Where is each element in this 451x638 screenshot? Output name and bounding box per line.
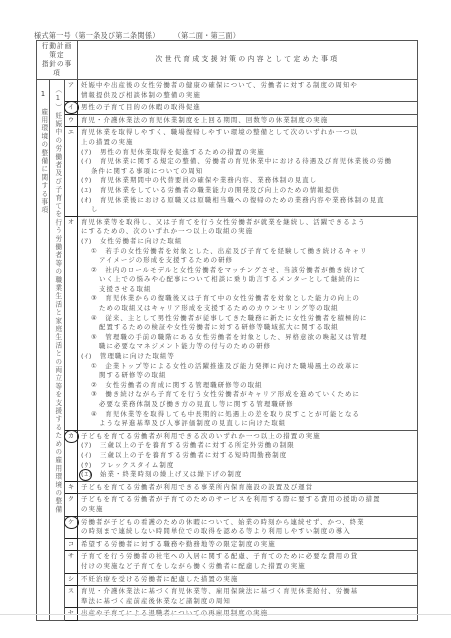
selection-circle-icon xyxy=(64,430,79,443)
item-key-10[interactable]: コ xyxy=(65,538,78,551)
item-key-2[interactable]: イ xyxy=(65,102,78,115)
item-line: し xyxy=(81,205,414,215)
subsection-title: （1）妊娠中の労働者及び子育てを行う労働者等の職業生活と家庭生活との両立等を支援… xyxy=(52,86,62,514)
table-row: エ育児休業を取得しやすく、職場復帰しやすい環境の整備として次のいずれか一つ以上の… xyxy=(37,127,418,216)
item-key-label: オ xyxy=(68,218,74,228)
item-line: 配置するための検証や女性労働者に対する研修等職域拡大に関する取組 xyxy=(81,323,414,333)
table-row: ス育児・介護休業法に基づく育児休業等、雇用保険法に基づく育児休業給付、労働基準法… xyxy=(37,586,418,608)
item-line: 関する研修等の取組 xyxy=(81,371,414,381)
item-content-7: 子どもを育てる労働者が利用できる事業所内保育施設の設置及び運営 xyxy=(78,481,418,494)
item-line: ③ 育児休業からの復職後又は子育て中の女性労働者を対象とした能力の向上の xyxy=(81,294,414,304)
section-number: 1 xyxy=(37,90,49,100)
item-line: ④ 従来、主として男性労働者が従事してきた職務に新たに女性労働者を積極的に xyxy=(81,314,414,324)
item-line: の時刻まで連続しない時間単位での取得を認める等より利用しやすい制度の導入 xyxy=(81,527,414,537)
table-header-row: 行動計画策定 指針の事項 次世代育成支援対策の内容として定めた事項 xyxy=(37,41,418,80)
section-number-cell: 1雇用環境の整備に関する事項 xyxy=(37,80,50,621)
item-key-6[interactable]: カ xyxy=(65,430,78,481)
item-key-label: ア xyxy=(68,81,74,91)
item-line: (ｴ) 育児休業をしている労働者の職業能力の開発及び向上のための情報提供 xyxy=(81,186,414,196)
item-line: 妊娠中や出産後の女性労働者の健康の確保について、労働者に対する制度の周知や xyxy=(81,81,414,91)
item-key-label: ケ xyxy=(68,518,74,528)
item-key-7[interactable]: キ xyxy=(65,481,78,494)
item-content-5: 育児休業等を取得し、又は子育てを行う女性労働者が就業を継続し、活躍できるようにす… xyxy=(78,216,418,430)
item-line: (ｳ) フレックスタイム制度 xyxy=(81,461,414,471)
item-line: ④ 育児休業等を取得しても中長期的に処遇上の差を取り戻すことが可能となる xyxy=(81,410,414,420)
item-key-label: サ xyxy=(68,552,74,562)
item-line: 上の措置の実施 xyxy=(81,138,414,148)
item-line: 子どもを育てる労働者が子育てのためのサービスを利用する際に要する費用の援助の措置 xyxy=(81,495,414,505)
subsection-cell: （1）妊娠中の労働者及び子育てを行う労働者等の職業生活と家庭生活との両立等を支援… xyxy=(50,80,65,621)
item-line: 必要な業務体制及び働き方の見直し等に関する管理職研修 xyxy=(81,400,414,410)
item-key-label: シ xyxy=(68,575,74,585)
item-line: 子どもを育てる労働者が利用できる次のいずれか一つ以上の措置の実施 xyxy=(81,432,414,442)
item-key-label: イ xyxy=(68,103,74,113)
form-title-right: （第二面・第三面） xyxy=(174,31,241,40)
header-guideline-items: 行動計画策定 指針の事項 xyxy=(37,41,78,80)
item-line: の実施 xyxy=(81,505,414,515)
table-row: サ子育てを行う労働者の社宅への入居に関する配慮、子育てのために必要な費用の貸付け… xyxy=(37,551,418,573)
item-line: ② 社内のロールモデルと女性労働者をマッチングさせ、当該労働者が働き続けて xyxy=(81,266,414,276)
table-row: 1雇用環境の整備に関する事項（1）妊娠中の労働者及び子育てを行う労働者等の職業生… xyxy=(37,80,418,102)
item-line: 育児休業等を取得し、又は子育てを行う女性労働者が就業を継続し、活躍できるよう xyxy=(81,218,414,228)
table-row: ク子どもを育てる労働者が子育てのためのサービスを利用する際に要する費用の援助の措… xyxy=(37,494,418,516)
item-line: ① 企業トップ等による女性の活躍推進及び能力発揮に向けた職場風土の改革に xyxy=(81,362,414,372)
selection-circle-icon xyxy=(64,516,79,529)
item-content-1: 妊娠中や出産後の女性労働者の健康の確保について、労働者に対する制度の周知や情報提… xyxy=(78,80,418,102)
item-line: 育児・介護休業法の育児休業制度を上回る期間、回数等の休業制度の実施 xyxy=(81,116,414,126)
item-key-12[interactable]: シ xyxy=(65,573,78,586)
item-line: (ｲ) 管理職に向けた取組等 xyxy=(81,352,414,362)
table-row: キ子どもを育てる労働者が利用できる事業所内保育施設の設置及び運営 xyxy=(37,481,418,494)
item-line: 男性の子育て目的の休暇の取得促進 xyxy=(81,103,414,113)
measures-table: 行動計画策定 指針の事項 次世代育成支援対策の内容として定めた事項 1雇用環境の… xyxy=(36,40,418,621)
item-key-label: ク xyxy=(68,495,74,505)
selection-circle-icon xyxy=(79,469,92,481)
form-title-left: 様式第一号（第一条及び第二条関係） xyxy=(34,31,160,40)
item-key-9[interactable]: ケ xyxy=(65,516,78,538)
item-line: (ｱ) 男性の育児休業取得を促進するための措置の実施 xyxy=(81,148,414,158)
item-content-10: 希望する労働者に対する職務や勤務地等の限定制度の実施 xyxy=(78,538,418,551)
item-key-1[interactable]: ア xyxy=(65,80,78,102)
item-content-4: 育児休業を取得しやすく、職場復帰しやすい環境の整備として次のいずれか一つ以上の措… xyxy=(78,127,418,216)
item-line: 育児休業を取得しやすく、職場復帰しやすい環境の整備として次のいずれか一つ以 xyxy=(81,128,414,138)
item-key-label: キ xyxy=(68,483,74,493)
item-key-3[interactable]: ウ xyxy=(65,114,78,127)
item-line: いく上での悩みや心配事について相談に乗り助言するメンターとして継続的に xyxy=(81,275,414,285)
item-line: ① 若手の女性労働者を対象とした、出産及び子育てを経験して働き続けるキャリ xyxy=(81,247,414,257)
page-bottom-rule xyxy=(0,614,451,615)
item-line: 育児・介護休業法に基づく育児休業等、雇用保険法に基づく育児休業給付、労働基 xyxy=(81,587,414,597)
item-line: ② 女性労働者の育成に関する管理職研修等の取組 xyxy=(81,381,414,391)
table-row: オ育児休業等を取得し、又は子育てを行う女性労働者が就業を継続し、活躍できるように… xyxy=(37,216,418,430)
item-line: ための取組又はキャリア形成を支援するためのカウンセリング等の取組 xyxy=(81,304,414,314)
item-line: 希望する労働者に対する職務や勤務地等の限定制度の実施 xyxy=(81,540,414,550)
item-line: 子どもを育てる労働者が利用できる事業所内保育施設の設置及び運営 xyxy=(81,483,414,493)
table-row: コ希望する労働者に対する職務や勤務地等の限定制度の実施 xyxy=(37,538,418,551)
item-line: (ｲ) 三歳以上の子を養育する労働者に対する短時間勤務制度 xyxy=(81,451,414,461)
header-measures: 次世代育成支援対策の内容として定めた事項 xyxy=(78,41,418,80)
item-line: 子育てを行う労働者の社宅への入居に関する配慮、子育てのために必要な費用の貸 xyxy=(81,552,414,562)
header-left-line1: 行動計画策定 xyxy=(39,42,75,60)
item-line: 情報提供及び相談体制の整備の実施 xyxy=(81,91,414,101)
item-key-label: エ xyxy=(68,128,74,138)
item-line: (ｱ) 女性労働者に向けた取組 xyxy=(81,237,414,247)
item-line: アイメージの形成を支援するための研修 xyxy=(81,256,414,266)
selection-circle-icon xyxy=(64,101,79,114)
item-content-8: 子どもを育てる労働者が子育てのためのサービスを利用する際に要する費用の援助の措置… xyxy=(78,494,418,516)
item-key-label: コ xyxy=(68,540,74,550)
item-content-11: 子育てを行う労働者の社宅への入居に関する配慮、子育てのために必要な費用の貸付けの… xyxy=(78,551,418,573)
item-line: (ｲ) 育児休業に関する規定の整備、労働者の育児休業中における待遇及び育児休業後… xyxy=(81,157,414,167)
item-content-3: 育児・介護休業法の育児休業制度を上回る期間、回数等の休業制度の実施 xyxy=(78,114,418,127)
item-line: 不妊治療を受ける労働者に配慮した措置の実施 xyxy=(81,575,414,585)
item-line: 条件に関する事項についての周知 xyxy=(81,167,414,177)
item-line: 労働者が子どもの看護のための休暇について、始業の時刻から連続せず、かつ、終業 xyxy=(81,518,414,528)
table-row: カ子どもを育てる労働者が利用できる次のいずれか一つ以上の措置の実施(ｱ) 三歳以… xyxy=(37,430,418,481)
table-row: ウ育児・介護休業法の育児休業制度を上回る期間、回数等の休業制度の実施 xyxy=(37,114,418,127)
item-content-2: 男性の子育て目的の休暇の取得促進 xyxy=(78,102,418,115)
item-key-8[interactable]: ク xyxy=(65,494,78,516)
item-key-label: ス xyxy=(68,587,74,597)
item-line: 準法に基づく産前産後休業など諸制度の周知 xyxy=(81,597,414,607)
header-left-line2: 指針の事項 xyxy=(39,60,75,78)
item-content-13: 育児・介護休業法に基づく育児休業等、雇用保険法に基づく育児休業給付、労働基準法に… xyxy=(78,586,418,608)
table-row: ケ労働者が子どもの看護のための休暇について、始業の時刻から連続せず、かつ、終業の… xyxy=(37,516,418,538)
table-row: イ男性の子育て目的の休暇の取得促進 xyxy=(37,102,418,115)
item-line: 職に必要なマネジメント能力等の付与のための研修 xyxy=(81,342,414,352)
item-line: ような昇進基準及び人事評価制度の見直しに向けた取組 xyxy=(81,419,414,429)
item-key-label: カ xyxy=(68,432,74,442)
item-key-4[interactable]: エ xyxy=(65,127,78,216)
item-key-11[interactable]: サ xyxy=(65,551,78,573)
item-line: 付けの実施など子育てをしながら働く労働者に配慮した措置の実施 xyxy=(81,562,414,572)
item-content-9: 労働者が子どもの看護のための休暇について、始業の時刻から連続せず、かつ、終業の時… xyxy=(78,516,418,538)
item-line: にするための、次のいずれか一つ以上の取組の実施 xyxy=(81,227,414,237)
item-content-6: 子どもを育てる労働者が利用できる次のいずれか一つ以上の措置の実施(ｱ) 三歳以上… xyxy=(78,430,418,481)
item-line: ⑤ 管理職の手前の職階にある女性労働者を対象とした、昇格意欲の喚起又は管理 xyxy=(81,333,414,343)
item-content-12: 不妊治療を受ける労働者に配慮した措置の実施 xyxy=(78,573,418,586)
section-title: 雇用環境の整備に関する事項 xyxy=(38,108,48,215)
item-line: (ｳ) 育児休業期間中の代替要員の確保や業務内容、業務体制の見直し xyxy=(81,176,414,186)
item-key-13[interactable]: ス xyxy=(65,586,78,608)
item-line: (ｱ) 三歳以上の子を養育する労働者に対する所定外労働の制限 xyxy=(81,441,414,451)
item-line: ③ 働き続けながら子育てを行う女性労働者がキャリア形成を進めていくために xyxy=(81,390,414,400)
table-row: シ不妊治療を受ける労働者に配慮した措置の実施 xyxy=(37,573,418,586)
item-key-5[interactable]: オ xyxy=(65,216,78,430)
item-key-label: ウ xyxy=(68,116,74,126)
item-line: (ｵ) 育児休業後における原職又は原職相当職への復帰のための業務内容や業務体制の… xyxy=(81,196,414,206)
item-line: (ｴ) 始業・終業時刻の繰上げ又は繰下げの制度 xyxy=(81,470,414,480)
